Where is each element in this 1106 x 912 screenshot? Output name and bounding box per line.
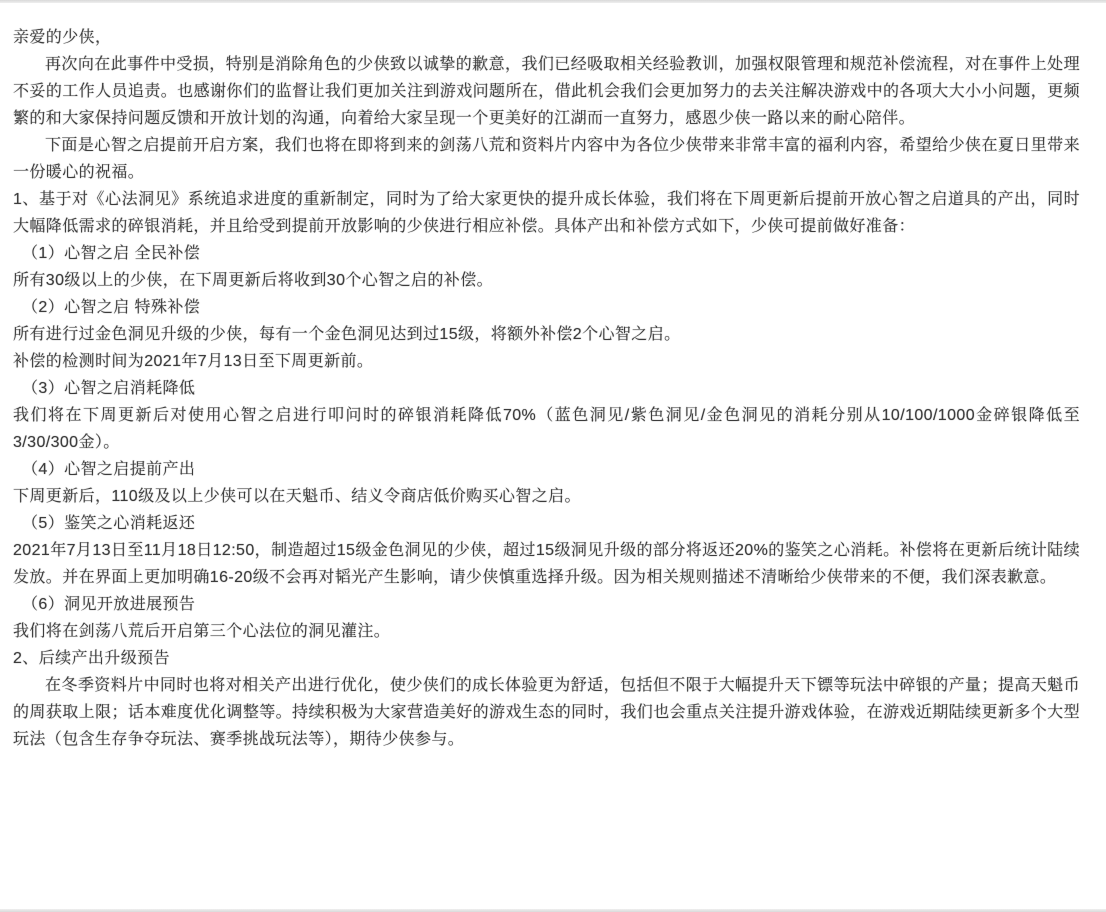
item2-note: 补偿的检测时间为2021年7月13日至下周更新前。 <box>13 348 1080 375</box>
section2-title: 2、后续产出升级预告 <box>13 645 1080 672</box>
announcement-document: 亲爱的少侠， 再次向在此事件中受损，特别是消除角色的少侠致以诚挚的歉意，我们已经… <box>13 24 1080 753</box>
item2-body: 所有进行过金色洞见升级的少侠，每有一个金色洞见达到过15级，将额外补偿2个心智之… <box>13 321 1080 348</box>
item4-title: （4）心智之启提前产出 <box>13 456 1080 483</box>
page-top-edge <box>0 0 1106 3</box>
paragraph-apology: 再次向在此事件中受损，特别是消除角色的少侠致以诚挚的歉意，我们已经吸取相关经验教… <box>13 51 1080 132</box>
item2-title: （2）心智之启 特殊补偿 <box>13 294 1080 321</box>
item3-body: 我们将在下周更新后对使用心智之启进行叩问时的碎银消耗降低70%（蓝色洞见/紫色洞… <box>13 402 1080 456</box>
item4-body: 下周更新后，110级及以上少侠可以在天魁币、结义令商店低价购买心智之启。 <box>13 483 1080 510</box>
item1-title: （1）心智之启 全民补偿 <box>13 240 1080 267</box>
section1-intro: 1、基于对《心法洞见》系统追求进度的重新制定，同时为了给大家更快的提升成长体验，… <box>13 186 1080 240</box>
item6-body: 我们将在剑荡八荒后开启第三个心法位的洞见灌注。 <box>13 618 1080 645</box>
section2-body: 在冬季资料片中同时也将对相关产出进行优化，使少侠们的成长体验更为舒适，包括但不限… <box>13 672 1080 753</box>
greeting-line: 亲爱的少侠， <box>13 24 1080 51</box>
item1-body: 所有30级以上的少侠，在下周更新后将收到30个心智之启的补偿。 <box>13 267 1080 294</box>
paragraph-plan-intro: 下面是心智之启提前开启方案，我们也将在即将到来的剑荡八荒和资料片内容中为各位少侠… <box>13 132 1080 186</box>
item6-title: （6）洞见开放进展预告 <box>13 591 1080 618</box>
item5-body: 2021年7月13日至11月18日12:50，制造超过15级金色洞见的少侠，超过… <box>13 537 1080 591</box>
item3-title: （3）心智之启消耗降低 <box>13 375 1080 402</box>
item5-title: （5）鉴笑之心消耗返还 <box>13 510 1080 537</box>
